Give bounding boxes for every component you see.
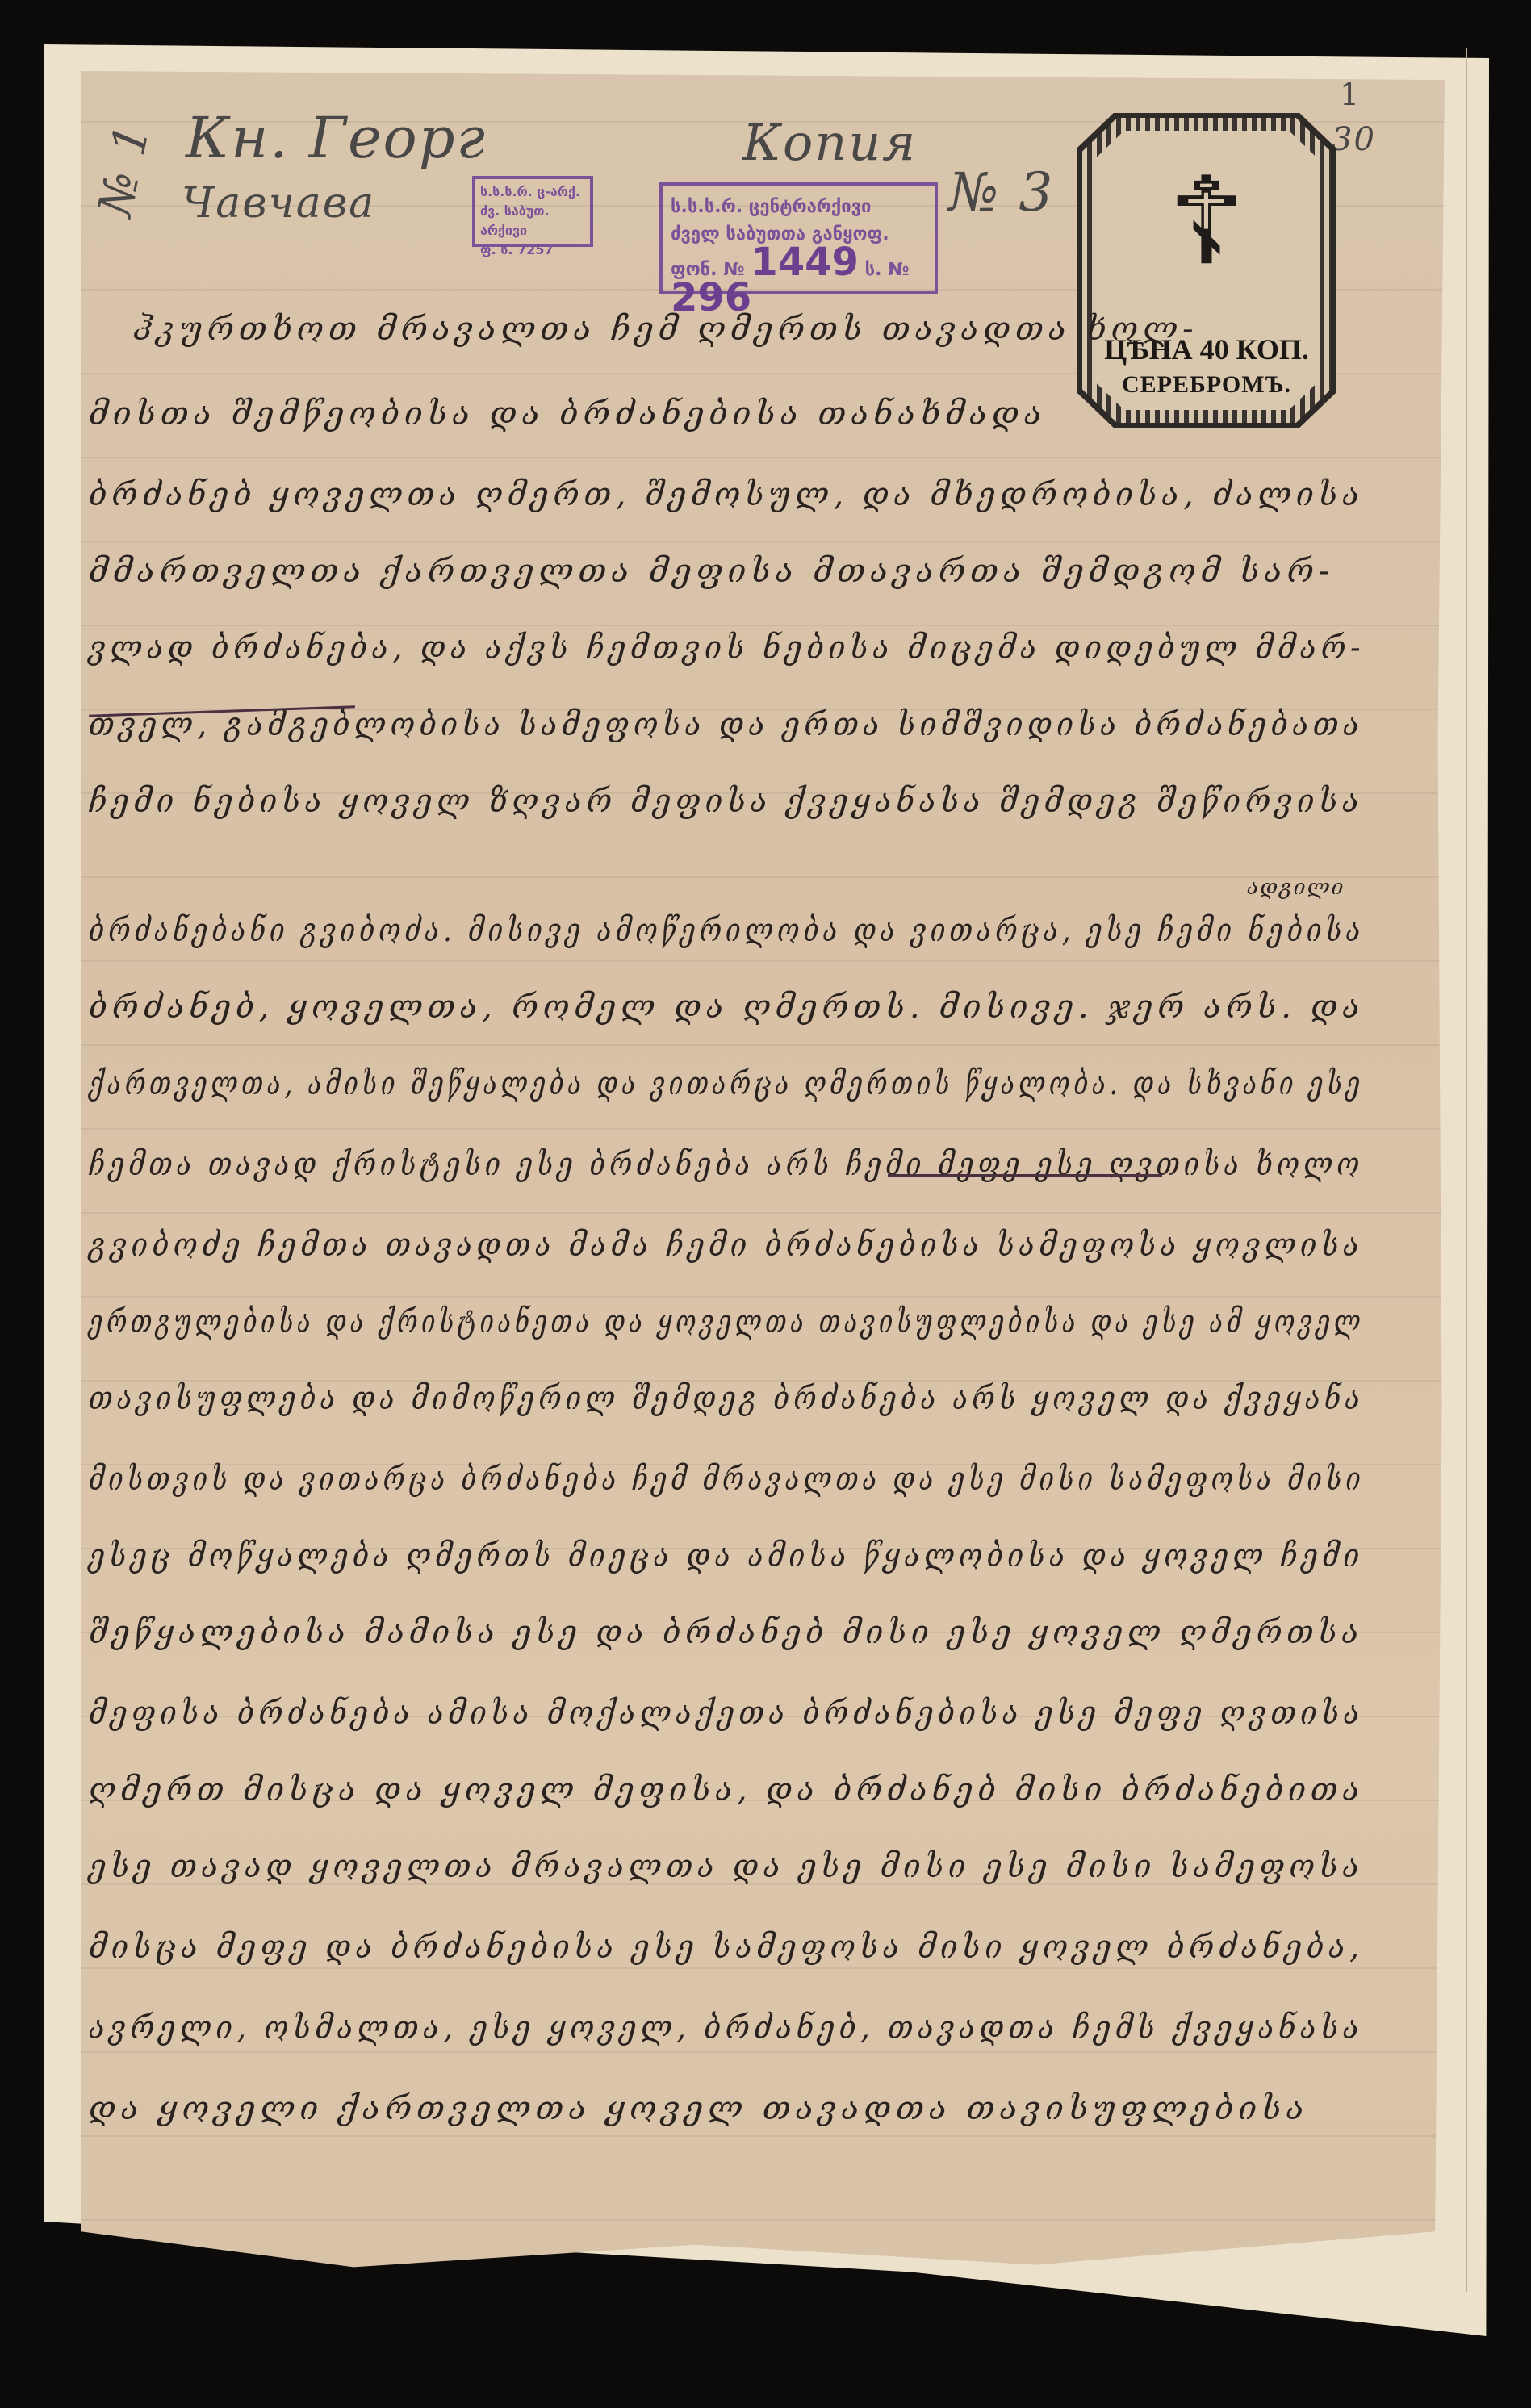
manuscript-line: მისცა მეფე და ბრძანებისა ესე სამეფოსა მი… [89, 1929, 1364, 1966]
archive-stamp-small: ს.ს.ს.რ. ც-არქ. ძვ. საბუთ. არქივი ფ. ს. … [472, 176, 593, 247]
manuscript-line: ბრძანებ ყოველთა ღმერთ, შემოსულ, და მხედრ… [89, 476, 1364, 513]
mount-rule-line [1466, 48, 1467, 2292]
underline-mark [888, 1174, 1162, 1177]
manuscript-line: თავისუფლება და მიმოწერილ შემდეგ ბრძანება… [89, 1380, 1364, 1417]
manuscript-line: ჩემი ნებისა ყოველ ზღვარ მეფისა ქვეყანასა… [89, 783, 1363, 820]
fond-number: 1449 [751, 240, 859, 285]
manuscript-line: ვლად ბრძანება, და აქვს ჩემთვის ნებისა მი… [89, 629, 1365, 667]
double-headed-eagle-icon: ☦ [1095, 161, 1318, 282]
archive-stamp-numbers: ფონ. № 1449 ს. № 296 [671, 249, 927, 320]
manuscript-line: გვიბოძე ჩემთა თავადთა მამა ჩემი ბრძანები… [89, 1227, 1363, 1264]
pencil-name-line2: Чавчава [182, 179, 375, 228]
manuscript-line: მისთა შემწეობისა და ბრძანებისა თანახმადა [89, 395, 1047, 433]
manuscript-line: მმართველთა ქართველთა მეფისა მთავართა შემ… [89, 553, 1334, 590]
archive-stamp-large: ს.ს.ს.რ. ცენტრარქივი ძველ საბუთთა განყოფ… [659, 182, 938, 294]
manuscript-line: ღმერთ მისცა და ყოველ მეფისა, და ბრძანებ … [89, 1771, 1364, 1808]
manuscript-line: ქართველთა, ამისი შეწყალება და ვითარცა ღმ… [89, 1065, 1364, 1102]
pencil-name-line1: Кн. Георг [186, 105, 487, 171]
manuscript-line: შეწყალებისა მამისა ესე და ბრძანებ მისი ე… [89, 1614, 1363, 1651]
manuscript-line: თველ, გამგებლობისა სამეფოსა და ერთა სიმშ… [89, 706, 1364, 743]
item-label: ს. № [865, 260, 910, 280]
manuscript-line: ესე თავად ყოველთა მრავალთა და ესე მისი ე… [89, 1848, 1364, 1885]
revenue-stamp: ☦ ЦѢНА 40 КОП. СЕРЕБРОМЪ. [1077, 113, 1336, 428]
manuscript-line: ესეც მოწყალება ღმერთს მიეცა და ამისა წყა… [89, 1537, 1364, 1574]
archive-stamp-line: ძვ. საბუთ. არქივი [480, 202, 585, 240]
manuscript-line: ბრძანებ, ყოველთა, რომელ და ღმერთს. მისივ… [89, 989, 1365, 1026]
pencil-copy-label: Копия [742, 113, 917, 172]
manuscript-line: ავრელი, ოსმალთა, ესე ყოველ, ბრძანებ, თავ… [89, 2009, 1363, 2046]
pencil-number-right: № 3 [948, 161, 1054, 224]
archive-stamp-line: ს.ს.ს.რ. ცენტრარქივი [671, 194, 927, 221]
interlinear-insertion: ადგილი [1247, 876, 1345, 900]
folio-mark-30: 30 [1332, 121, 1376, 158]
stamp-field: ☦ ЦѢНА 40 КОП. СЕРЕБРОМЪ. [1095, 131, 1318, 410]
stamp-currency: СЕРЕБРОМЪ. [1095, 371, 1318, 399]
folio-mark-1: 1 [1340, 77, 1361, 112]
manuscript-line: ჩემთა თავად ქრისტესი ესე ბრძანება არს ჩე… [89, 1146, 1363, 1183]
manuscript-line: ბრძანებანი გვიბოძა. მისივე ამოწერილობა დ… [89, 912, 1365, 949]
manuscript-line: მისთვის და ვითარცა ბრძანება ჩემ მრავალთა… [89, 1461, 1365, 1498]
manuscript-line: ჰკურთხოთ მრავალთა ჩემ ღმერთს თავადთა ხოლ… [133, 311, 1198, 348]
manuscript-line: და ყოველი ქართველთა ყოველ თავადთა თავისუ… [89, 2090, 1308, 2127]
manuscript-line: მეფისა ბრძანება ამისა მოქალაქეთა ბრძანებ… [89, 1695, 1364, 1732]
archive-stamp-line: ს.ს.ს.რ. ც-არქ. [480, 182, 585, 202]
manuscript-line: ერთგულებისა და ქრისტიანეთა და ყოველთა თა… [89, 1303, 1364, 1340]
archive-stamp-line: ფ. ს. 7257 [480, 240, 585, 260]
